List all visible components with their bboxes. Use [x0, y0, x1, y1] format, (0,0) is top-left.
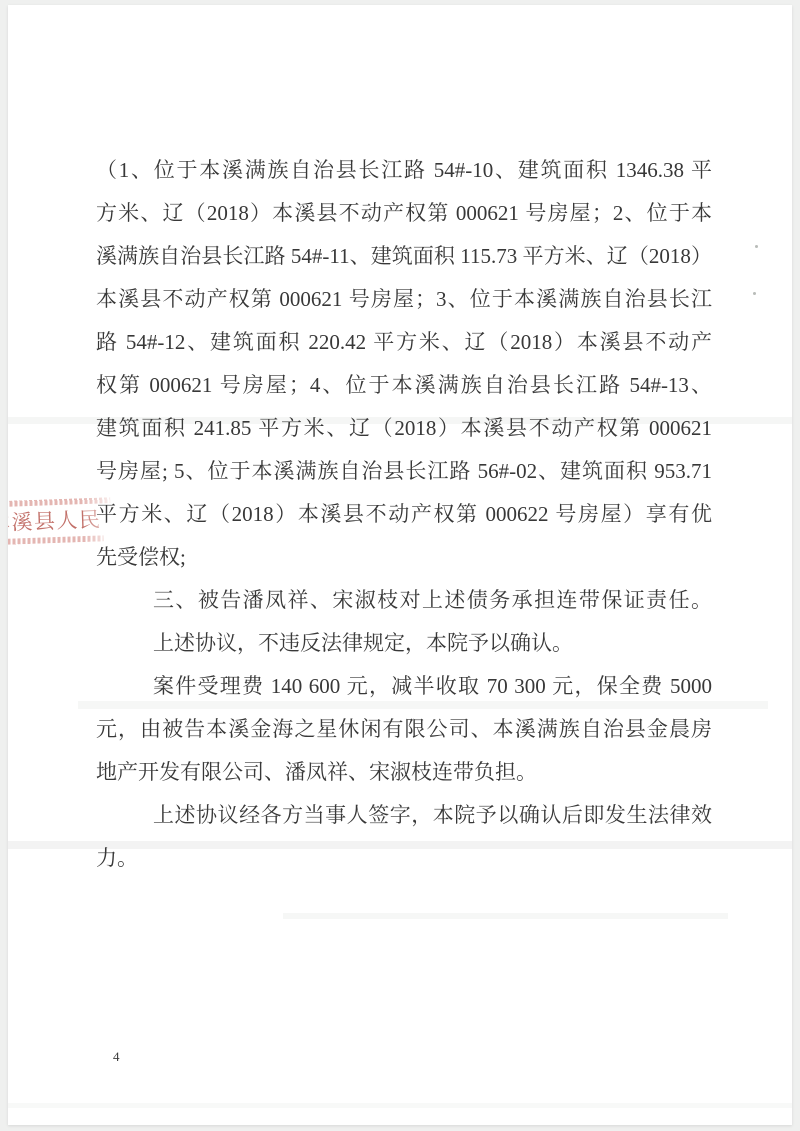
scan-speck [753, 292, 756, 295]
text-line-16: 上述协议经各方当事人签字，本院予以确认后即发生法律效 [96, 794, 712, 837]
text-line-2: 方米、辽（2018）本溪县不动产权第 000621 号房屋；2、位于本 [96, 192, 712, 235]
text-line-8: 号房屋; 5、位于本溪满族自治县长江路 56#-02、建筑面积 953.71 [96, 450, 712, 493]
page-number: 4 [113, 1048, 120, 1066]
text-line-17: 力。 [96, 837, 712, 880]
text-line-13: 案件受理费 140 600 元，减半收取 70 300 元，保全费 5000 [96, 665, 712, 708]
stamp-text: 本溪县人民 [8, 507, 102, 536]
text-line-6: 权第 000621 号房屋；4、位于本溪满族自治县长江路 54#-13、 [96, 364, 712, 407]
text-line-14: 元，由被告本溪金海之星休闲有限公司、本溪满族自治县金晨房 [96, 708, 712, 751]
text-line-10: 先受偿权; [96, 536, 712, 579]
text-line-5: 路 54#-12、建筑面积 220.42 平方米、辽（2018）本溪县不动产 [96, 321, 712, 364]
text-line-9: 平方米、辽（2018）本溪县不动产权第 000622 号房屋）享有优 [96, 493, 712, 536]
document-body: （1、位于本溪满族自治县长江路 54#-10、建筑面积 1346.38 平 方米… [96, 149, 712, 880]
scan-streak [283, 913, 728, 919]
document-page: 本溪县人民 （1、位于本溪满族自治县长江路 54#-10、建筑面积 1346.3… [8, 5, 792, 1125]
text-line-12: 上述协议，不违反法律规定，本院予以确认。 [96, 622, 712, 665]
text-line-1: （1、位于本溪满族自治县长江路 54#-10、建筑面积 1346.38 平 [96, 149, 712, 192]
text-line-11: 三、被告潘凤祥、宋淑枝对上述债务承担连带保证责任。 [96, 579, 712, 622]
text-line-15: 地产开发有限公司、潘凤祥、宋淑枝连带负担。 [96, 751, 712, 794]
text-line-7: 建筑面积 241.85 平方米、辽（2018）本溪县不动产权第 000621 [96, 407, 712, 450]
scan-streak [8, 1103, 792, 1108]
stamp-small-text-row-bottom [8, 535, 104, 544]
text-line-3: 溪满族自治县长江路 54#-11、建筑面积 115.73 平方米、辽（2018） [96, 235, 712, 278]
scan-speck [755, 245, 758, 248]
text-line-4: 本溪县不动产权第 000621 号房屋；3、位于本溪满族自治县长江 [96, 278, 712, 321]
